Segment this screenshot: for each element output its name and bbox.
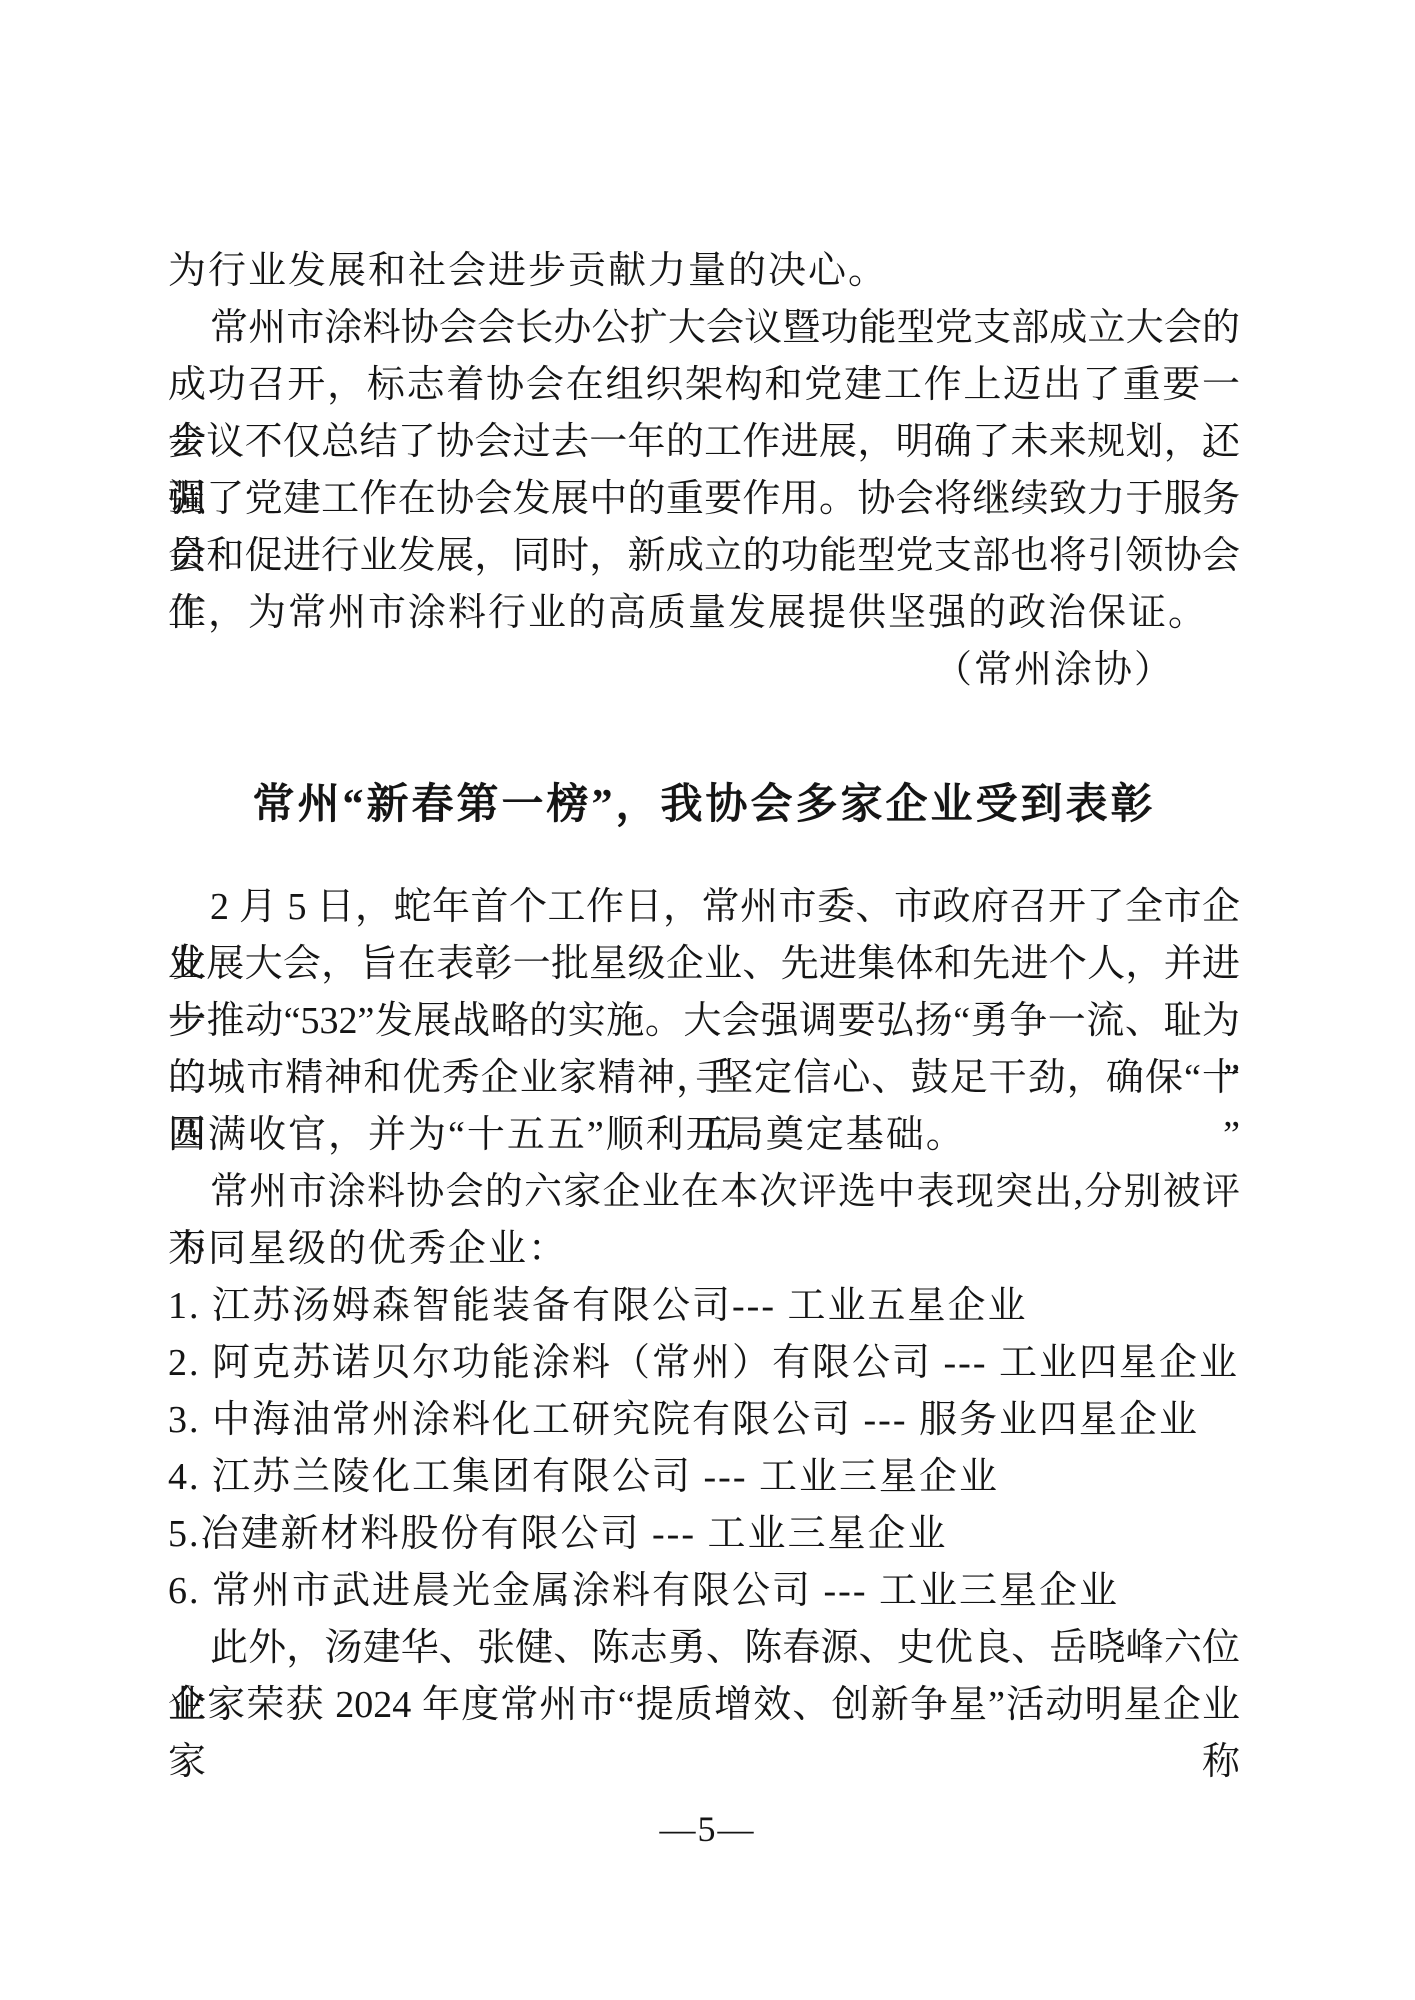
body-line: 发展大会，旨在表彰一批星级企业、先进集体和先进个人，并进一 <box>168 936 1240 993</box>
company-name: 阿克苏诺贝尔功能涂料（常州）有限公司 <box>212 1342 932 1384</box>
list-item-number: 6. <box>168 1570 212 1612</box>
body-line: 员和促进行业发展，同时，新成立的功能型党支部也将引领协会工 <box>168 528 1240 585</box>
body-line: 此外，汤建华、张健、陈志勇、陈春源、史优良、岳晓峰六位企 <box>168 1620 1240 1677</box>
list-item: 2. 阿克苏诺贝尔功能涂料（常州）有限公司 --- 工业四星企业 <box>168 1335 1240 1392</box>
company-name: 常州市武进晨光金属涂料有限公司 <box>212 1570 812 1612</box>
article-paragraph-2: 常州市涂料协会的六家企业在本次评选中表现突出,分别被评为 不同星级的优秀企业： <box>168 1164 1240 1278</box>
list-item-dashes: --- <box>932 1342 999 1384</box>
company-rating: 工业三星企业 <box>707 1513 947 1555</box>
body-line: 常州市涂料协会会长办公扩大会议暨功能型党支部成立大会的 <box>168 300 1240 357</box>
list-item-number: 5. <box>168 1513 201 1555</box>
body-line: 作，为常州市涂料行业的高质量发展提供坚强的政治保证。 <box>168 585 1240 642</box>
list-item: 5.冶建新材料股份有限公司 --- 工业三星企业 <box>168 1506 1240 1563</box>
body-line: 成功召开，标志着协会在组织架构和党建工作上迈出了重要一步。 <box>168 357 1240 414</box>
body-line: 步推动“532”发展战略的实施。大会强调要弘扬“勇争一流、耻为二手” <box>168 993 1240 1050</box>
list-item: 1. 江苏汤姆森智能装备有限公司--- 工业五星企业 <box>168 1278 1240 1335</box>
page-number: —5— <box>0 1808 1415 1850</box>
company-rating: 服务业四星企业 <box>919 1399 1199 1441</box>
list-item: 4. 江苏兰陵化工集团有限公司 --- 工业三星企业 <box>168 1449 1240 1506</box>
company-rating: 工业四星企业 <box>999 1342 1239 1384</box>
article-paragraph-3: 此外，汤建华、张健、陈志勇、陈春源、史优良、岳晓峰六位企 业家荣获 2024 年… <box>168 1620 1240 1734</box>
list-item-number: 1. <box>168 1285 212 1327</box>
body-line: 业家荣获 2024 年度常州市“提质增效、创新争星”活动明星企业家称 <box>168 1677 1240 1734</box>
company-name: 冶建新材料股份有限公司 <box>201 1513 641 1555</box>
body-line: 常州市涂料协会的六家企业在本次评选中表现突出,分别被评为 <box>168 1164 1240 1221</box>
article-paragraph-1: 2 月 5 日，蛇年首个工作日，常州市委、市政府召开了全市企业 发展大会，旨在表… <box>168 879 1240 1164</box>
company-name: 江苏兰陵化工集团有限公司 <box>212 1456 692 1498</box>
company-rating: 工业三星企业 <box>759 1456 999 1498</box>
list-item: 6. 常州市武进晨光金属涂料有限公司 --- 工业三星企业 <box>168 1563 1240 1620</box>
list-item-number: 2. <box>168 1342 212 1384</box>
list-item-dashes: --- <box>732 1285 787 1327</box>
body-line: 2 月 5 日，蛇年首个工作日，常州市委、市政府召开了全市企业 <box>168 879 1240 936</box>
article-continuation: 为行业发展和社会进步贡献力量的决心。 常州市涂料协会会长办公扩大会议暨功能型党支… <box>168 243 1240 699</box>
list-item: 3. 中海油常州涂料化工研究院有限公司 --- 服务业四星企业 <box>168 1392 1240 1449</box>
body-line: 调了党建工作在协会发展中的重要作用。协会将继续致力于服务会 <box>168 471 1240 528</box>
body-line: 为行业发展和社会进步贡献力量的决心。 <box>168 243 1240 300</box>
body-line: 的城市精神和优秀企业家精神，坚定信心、鼓足干劲，确保“十四五” <box>168 1050 1240 1107</box>
company-rating: 工业五星企业 <box>787 1285 1027 1327</box>
article-signature: （常州涂协） <box>168 642 1240 699</box>
body-line: 不同星级的优秀企业： <box>168 1221 1240 1278</box>
article-title: 常州“新春第一榜”，我协会多家企业受到表彰 <box>168 773 1240 837</box>
company-name: 中海油常州涂料化工研究院有限公司 <box>212 1399 852 1441</box>
company-name: 江苏汤姆森智能装备有限公司 <box>212 1285 732 1327</box>
document-page-content: 为行业发展和社会进步贡献力量的决心。 常州市涂料协会会长办公扩大会议暨功能型党支… <box>168 243 1240 1734</box>
company-rating: 工业三星企业 <box>879 1570 1119 1612</box>
body-line: 会议不仅总结了协会过去一年的工作进展，明确了未来规划，还强 <box>168 414 1240 471</box>
list-item-dashes: --- <box>641 1513 708 1555</box>
list-item-dashes: --- <box>812 1570 879 1612</box>
list-item-dashes: --- <box>692 1456 759 1498</box>
awarded-companies-list: 1. 江苏汤姆森智能装备有限公司--- 工业五星企业 2. 阿克苏诺贝尔功能涂料… <box>168 1278 1240 1620</box>
list-item-number: 4. <box>168 1456 212 1498</box>
list-item-number: 3. <box>168 1399 212 1441</box>
list-item-dashes: --- <box>852 1399 919 1441</box>
